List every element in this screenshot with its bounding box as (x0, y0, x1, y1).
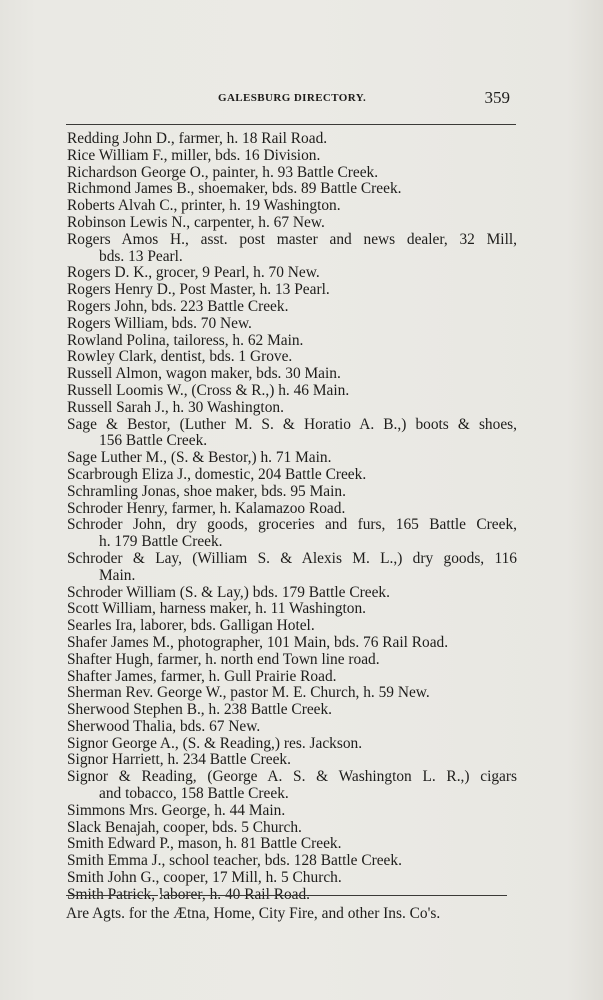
entry-continuation-line: h. 179 Battle Creek. (67, 534, 517, 551)
header-rule (66, 124, 516, 125)
directory-entry: Richardson George O., painter, h. 93 Bat… (67, 165, 517, 182)
directory-entry: Schroder William (S. & Lay,) bds. 179 Ba… (67, 585, 517, 602)
directory-entry: Rogers Amos H., asst. post master and ne… (67, 232, 517, 266)
entry-line: Scott William, harness maker, h. 11 Wash… (67, 600, 366, 617)
entry-line: Sherwood Stephen B., h. 238 Battle Creek… (67, 701, 332, 718)
entry-line: Sage & Bestor, (Luther M. S. & Horatio A… (67, 417, 517, 434)
directory-entry: Rowley Clark, dentist, bds. 1 Grove. (67, 349, 517, 366)
running-head: GALESBURG DIRECTORY. 359 (66, 91, 516, 111)
entry-line: Shafter James, farmer, h. Gull Prairie R… (67, 668, 337, 685)
directory-entry: Russell Loomis W., (Cross & R.,) h. 46 M… (67, 383, 517, 400)
directory-entry: Russell Almon, wagon maker, bds. 30 Main… (67, 366, 517, 383)
footer-rule (66, 895, 507, 896)
directory-entry: Shafer James M., photographer, 101 Main,… (67, 635, 517, 652)
directory-entry: Smith Edward P., mason, h. 81 Battle Cre… (67, 836, 517, 853)
directory-entries: Redding John D., farmer, h. 18 Rail Road… (67, 131, 517, 904)
directory-entry: Slack Benajah, cooper, bds. 5 Church. (67, 820, 517, 837)
directory-entry: Rogers John, bds. 223 Battle Creek. (67, 299, 517, 316)
entry-line: Russell Loomis W., (Cross & R.,) h. 46 M… (67, 382, 349, 399)
directory-entry: Shafter James, farmer, h. Gull Prairie R… (67, 669, 517, 686)
entry-line: Shafer James M., photographer, 101 Main,… (67, 634, 448, 651)
entry-line: Rowland Polina, tailoress, h. 62 Main. (67, 332, 303, 349)
entry-line: Sherman Rev. George W., pastor M. E. Chu… (67, 684, 430, 701)
entry-line: Rogers John, bds. 223 Battle Creek. (67, 298, 288, 315)
directory-entry: Scott William, harness maker, h. 11 Wash… (67, 601, 517, 618)
directory-entry: Russell Sarah J., h. 30 Washington. (67, 400, 517, 417)
entry-continuation-line: bds. 13 Pearl. (67, 249, 517, 266)
directory-entry: Shafter Hugh, farmer, h. north end Town … (67, 652, 517, 669)
directory-entry: Schroder & Lay, (William S. & Alexis M. … (67, 551, 517, 585)
entry-line: Russell Sarah J., h. 30 Washington. (67, 399, 284, 416)
entry-line: Richardson George O., painter, h. 93 Bat… (67, 164, 378, 181)
running-title: GALESBURG DIRECTORY. (218, 92, 366, 104)
footer-advertisement: Are Agts. for the Ætna, Home, City Fire,… (66, 905, 516, 923)
entry-line: Smith Edward P., mason, h. 81 Battle Cre… (67, 835, 341, 852)
entry-line: Schroder & Lay, (William S. & Alexis M. … (67, 551, 517, 568)
entry-line: Signor George A., (S. & Reading,) res. J… (67, 735, 362, 752)
entry-line: Sage Luther M., (S. & Bestor,) h. 71 Mai… (67, 449, 331, 466)
directory-entry: Sherwood Thalia, bds. 67 New. (67, 719, 517, 736)
entry-line: Slack Benajah, cooper, bds. 5 Church. (67, 819, 302, 836)
entry-continuation-line: Main. (67, 568, 517, 585)
entry-line: Smith Emma J., school teacher, bds. 128 … (67, 852, 402, 869)
directory-entry: Smith Emma J., school teacher, bds. 128 … (67, 853, 517, 870)
entry-line: Rogers Amos H., asst. post master and ne… (67, 232, 517, 249)
entry-line: Signor & Reading, (George A. S. & Washin… (67, 769, 517, 786)
entry-line: Scarbrough Eliza J., domestic, 204 Battl… (67, 466, 366, 483)
entry-continuation-line: and tobacco, 158 Battle Creek. (67, 786, 517, 803)
directory-entry: Roberts Alvah C., printer, h. 19 Washing… (67, 198, 517, 215)
entry-line: Robinson Lewis N., carpenter, h. 67 New. (67, 214, 325, 231)
directory-entry: Rogers D. K., grocer, 9 Pearl, h. 70 New… (67, 265, 517, 282)
entry-line: Sherwood Thalia, bds. 67 New. (67, 718, 260, 735)
directory-entry: Sage & Bestor, (Luther M. S. & Horatio A… (67, 417, 517, 451)
entry-line: Signor Harriett, h. 234 Battle Creek. (67, 751, 291, 768)
directory-entry: Redding John D., farmer, h. 18 Rail Road… (67, 131, 517, 148)
entry-line: Rice William F., miller, bds. 16 Divisio… (67, 147, 320, 164)
directory-page: GALESBURG DIRECTORY. 359 Redding John D.… (0, 0, 603, 1000)
entry-line: Schroder John, dry goods, groceries and … (67, 517, 517, 534)
directory-entry: Searles Ira, laborer, bds. Galligan Hote… (67, 618, 517, 635)
directory-entry: Simmons Mrs. George, h. 44 Main. (67, 803, 517, 820)
entry-line: Richmond James B., shoemaker, bds. 89 Ba… (67, 180, 402, 197)
directory-entry: Sherman Rev. George W., pastor M. E. Chu… (67, 685, 517, 702)
directory-entry: Robinson Lewis N., carpenter, h. 67 New. (67, 215, 517, 232)
entry-continuation-line: 156 Battle Creek. (67, 433, 517, 450)
directory-entry: Rice William F., miller, bds. 16 Divisio… (67, 148, 517, 165)
entry-line: Searles Ira, laborer, bds. Galligan Hote… (67, 617, 315, 634)
entry-line: Redding John D., farmer, h. 18 Rail Road… (67, 130, 327, 147)
entry-line: Schramling Jonas, shoe maker, bds. 95 Ma… (67, 483, 346, 500)
directory-entry: Schramling Jonas, shoe maker, bds. 95 Ma… (67, 484, 517, 501)
page-number: 359 (485, 88, 511, 108)
entry-line: Schroder Henry, farmer, h. Kalamazoo Roa… (67, 500, 345, 517)
entry-line: Roberts Alvah C., printer, h. 19 Washing… (67, 197, 341, 214)
directory-entry: Schroder Henry, farmer, h. Kalamazoo Roa… (67, 501, 517, 518)
directory-entry: Signor George A., (S. & Reading,) res. J… (67, 736, 517, 753)
entry-line: Rogers William, bds. 70 New. (67, 315, 252, 332)
directory-entry: Schroder John, dry goods, groceries and … (67, 517, 517, 551)
directory-entry: Signor & Reading, (George A. S. & Washin… (67, 769, 517, 803)
entry-line: Smith John G., cooper, 17 Mill, h. 5 Chu… (67, 869, 342, 886)
directory-entry: Signor Harriett, h. 234 Battle Creek. (67, 752, 517, 769)
directory-entry: Rogers William, bds. 70 New. (67, 316, 517, 333)
directory-entry: Richmond James B., shoemaker, bds. 89 Ba… (67, 181, 517, 198)
entry-line: Simmons Mrs. George, h. 44 Main. (67, 802, 285, 819)
entry-line: Russell Almon, wagon maker, bds. 30 Main… (67, 365, 341, 382)
directory-entry: Smith John G., cooper, 17 Mill, h. 5 Chu… (67, 870, 517, 887)
directory-entry: Rowland Polina, tailoress, h. 62 Main. (67, 333, 517, 350)
entry-line: Shafter Hugh, farmer, h. north end Town … (67, 651, 380, 668)
entry-line: Rogers D. K., grocer, 9 Pearl, h. 70 New… (67, 264, 320, 281)
entry-line: Rowley Clark, dentist, bds. 1 Grove. (67, 348, 292, 365)
directory-entry: Sherwood Stephen B., h. 238 Battle Creek… (67, 702, 517, 719)
entry-line: Schroder William (S. & Lay,) bds. 179 Ba… (67, 584, 390, 601)
directory-entry: Rogers Henry D., Post Master, h. 13 Pear… (67, 282, 517, 299)
directory-entry: Sage Luther M., (S. & Bestor,) h. 71 Mai… (67, 450, 517, 467)
directory-entry: Scarbrough Eliza J., domestic, 204 Battl… (67, 467, 517, 484)
entry-line: Rogers Henry D., Post Master, h. 13 Pear… (67, 281, 330, 298)
